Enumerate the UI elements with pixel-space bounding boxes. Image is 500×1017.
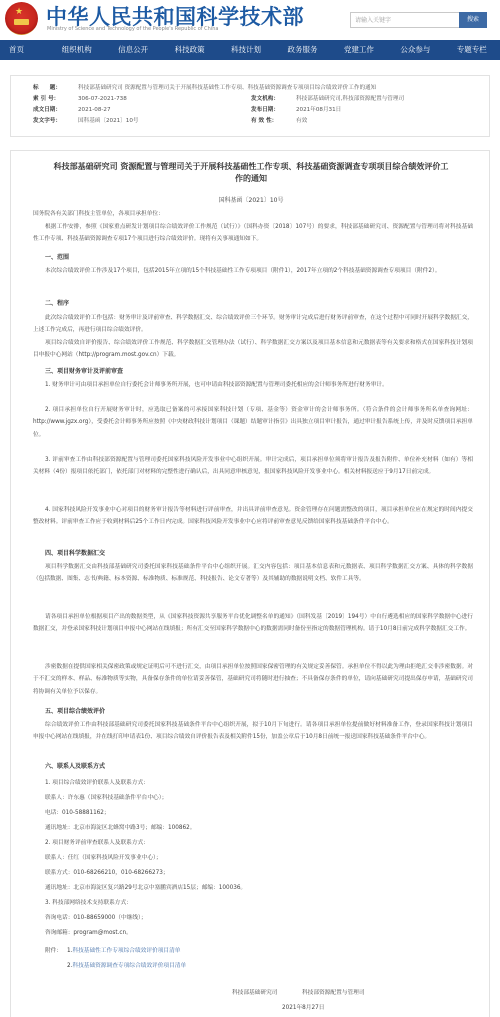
nav-item-services[interactable]: 政务服务 [274, 40, 330, 60]
document-metadata: 标 题：科技部基础研究司 资源配置与管理司关于开展科技基础性工作专项、科技基础资… [10, 75, 490, 137]
attachment-link-2[interactable]: 2.科技基础资源调查专项综合绩效评价项目清单 [67, 961, 186, 971]
nav-item-party[interactable]: 党建工作 [331, 40, 387, 60]
signer-2: 科技部资源配置与管理司 [302, 988, 365, 998]
contact-3-email: 咨询邮箱：program@most.cn。 [45, 928, 132, 938]
section-1-heading: 一、范围 [45, 253, 69, 263]
meta-index-value: 306-07-2021-738 [78, 96, 127, 102]
contact-1-title: 1. 项目综合绩效评价联系人及联系方式： [45, 778, 149, 788]
section-4-paragraph-3: 涉密数据在提供国家相关保密政策或规定证明后可不进行汇交，由项目承担单位按照国家保… [33, 661, 473, 699]
contact-2-phone: 联系方式：010-68266210，010-68266273； [45, 868, 169, 878]
intro-paragraph: 根据工作安排，参照《国家重点研发计划项目综合绩效评价工作规范（试行）》（国科办资… [33, 221, 473, 247]
attachment-1-label: 科技基础性工作专项综合绩效评价项目清单 [72, 948, 180, 954]
site-header: ★ 中华人民共和国科学技术部 Ministry of Science and T… [0, 0, 500, 40]
meta-title-label: 标 题： [33, 84, 78, 92]
meta-publish-date-row: 发布日期：2021年08月31日 [251, 106, 341, 114]
salutation: 国务院各有关部门科技主管单位，各项目承担单位： [33, 208, 473, 220]
nav-item-topics[interactable]: 专题专栏 [444, 40, 500, 60]
contact-2-address: 通讯地址：北京市海淀区复兴路29号北京中塞鹏宾酒店15层；邮编：100036。 [45, 883, 246, 893]
site-subtitle: Ministry of Science and Technology of th… [47, 26, 218, 32]
nav-item-plans[interactable]: 科技计划 [218, 40, 274, 60]
meta-title-value: 科技部基础研究司 资源配置与管理司关于开展科技基础性工作专项、科技基础资源调查专… [78, 85, 376, 91]
meta-issuer-label: 发文机构： [251, 95, 296, 103]
meta-validity-row: 有 效 性：有效 [251, 117, 307, 125]
document-title-line1: 科技部基础研究司 资源配置与管理司关于开展科技基础性工作专项、科技基础资源调查专… [31, 161, 471, 173]
meta-title-row: 标 题：科技部基础研究司 资源配置与管理司关于开展科技基础性工作专项、科技基础资… [33, 84, 376, 92]
meta-written-date-value: 2021-08-27 [78, 107, 111, 113]
meta-issuer-row: 发文机构：科技部基础研究司,科技部资源配置与管理司 [251, 95, 404, 103]
contact-2-person: 联系人：任红（国家科技风险开发事业中心）； [45, 853, 162, 863]
section-6-heading: 六、联系人及联系方式 [45, 762, 105, 772]
nav-item-home[interactable]: 首页 [0, 40, 49, 60]
section-3-heading: 三、项目财务审计及评前审查 [45, 367, 123, 377]
meta-index-row: 索 引 号：306-07-2021-738 [33, 95, 127, 103]
search-button[interactable]: 搜索 [459, 12, 487, 28]
contact-3-phone: 咨询电话：010-88659000（中继线）； [45, 913, 147, 923]
attachment-2-label: 科技基础资源调查专项综合绩效评价项目清单 [72, 963, 186, 969]
document-body: 科技部基础研究司 资源配置与管理司关于开展科技基础性工作专项、科技基础资源调查专… [10, 150, 490, 1017]
meta-doc-number-label: 发文字号： [33, 117, 78, 125]
contact-1-address: 通讯地址：北京市海淀区北蜂窝中路3号；邮编：100862。 [45, 823, 195, 833]
section-5-heading: 五、项目综合绩效评价 [45, 707, 105, 717]
nav-item-organization[interactable]: 组织机构 [49, 40, 105, 60]
contact-1-person: 联系人：许东惠（国家科技基础条件平台中心）； [45, 793, 167, 803]
nav-item-policy[interactable]: 科技政策 [161, 40, 217, 60]
meta-doc-number-value: 国科基函〔2021〕10号 [78, 118, 139, 124]
meta-written-date-row: 成文日期：2021-08-27 [33, 106, 111, 114]
meta-doc-number-row: 发文字号：国科基函〔2021〕10号 [33, 117, 139, 125]
meta-publish-date-label: 发布日期： [251, 106, 296, 114]
meta-validity-label: 有 效 性： [251, 117, 296, 125]
section-3-item-3: 3. 评前审查工作由科技部资源配置与管理司委托国家科技风险开发事业中心组织开展。… [33, 454, 473, 492]
section-2-paragraph-1: 此次综合绩效评价工作包括：财务审计及评前审查、科学数据汇交、综合绩效评价三个环节… [33, 312, 473, 338]
attachment-link-1[interactable]: 1.科技基础性工作专项综合绩效评价项目清单 [67, 946, 181, 956]
document-title: 科技部基础研究司 资源配置与管理司关于开展科技基础性工作专项、科技基础资源调查专… [31, 161, 471, 185]
main-nav: 首页 组织机构 信息公开 科技政策 科技计划 政务服务 党建工作 公众参与 专题… [0, 40, 500, 60]
national-emblem-icon[interactable]: ★ [5, 2, 38, 35]
section-4-paragraph-1: 项目科学数据汇交由科技部基础研究司委托国家科技基础条件平台中心组织开展。汇交内容… [33, 561, 473, 599]
signer-1: 科技部基础研究司 [232, 988, 278, 998]
meta-index-label: 索 引 号： [33, 95, 78, 103]
meta-validity-value: 有效 [296, 118, 307, 124]
nav-item-info-disclosure[interactable]: 信息公开 [105, 40, 161, 60]
section-3-item-2: 2. 项目承担单位自行开展财务审计时，应选取已备案的可承接国家科技计划（专项、基… [33, 404, 473, 442]
search-input[interactable] [351, 13, 459, 27]
section-4-paragraph-2: 请各项目承担单位根据项目产出的数据类型，从《国家科技资源共享服务平台优化调整名单… [33, 611, 473, 649]
section-1-paragraph: 本次综合绩效评价工作涉及17个项目，包括2015年立项的15个科技基础性工作专项… [33, 265, 473, 291]
nav-item-public[interactable]: 公众参与 [387, 40, 443, 60]
contact-3-title: 3. 科技部网络技术支持联系方式： [45, 898, 132, 908]
search-box [350, 12, 460, 28]
document-number: 国科基函〔2021〕10号 [11, 195, 491, 204]
star-icon: ★ [15, 8, 23, 17]
section-2-paragraph-2: 项目综合绩效自评价报告、综合绩效评价工作规范、科学数据汇交管理办法（试行）、科学… [33, 337, 473, 363]
section-3-item-4: 4. 国家科技风险开发事业中心对项目的财务审计报告等材料进行评前审查，并出具评前… [33, 504, 473, 542]
tiananmen-gate-icon [14, 19, 29, 25]
meta-issuer-value: 科技部基础研究司,科技部资源配置与管理司 [296, 96, 404, 102]
section-3-item-1: 1. 财务审计可由项目承担单位自行委托会计师事务所开展，也可申请由科技部资源配置… [33, 379, 473, 393]
contact-2-title: 2. 项目财务评前审查联系人及联系方式： [45, 838, 149, 848]
meta-publish-date-value: 2021年08月31日 [296, 107, 341, 113]
section-2-heading: 二、程序 [45, 299, 69, 309]
contact-1-phone: 电话：010-58881162； [45, 808, 110, 818]
meta-written-date-label: 成文日期： [33, 106, 78, 114]
sign-date: 2021年8月27日 [282, 1003, 324, 1013]
document-title-line2: 作的通知 [31, 173, 471, 185]
section-5-paragraph: 综合绩效评价工作由科技部基础研究司委托国家科技基础条件平台中心组织开展，拟于10… [33, 719, 473, 757]
attachments-label: 附件： [45, 946, 62, 956]
section-4-heading: 四、项目科学数据汇交 [45, 549, 105, 559]
